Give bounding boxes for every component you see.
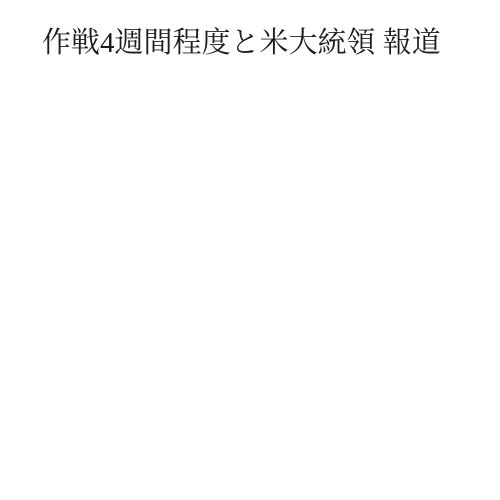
page: 作戦4週間程度と米大統領 報道 <box>0 0 500 500</box>
headline-text: 作戦4週間程度と米大統領 報道 <box>42 26 441 61</box>
